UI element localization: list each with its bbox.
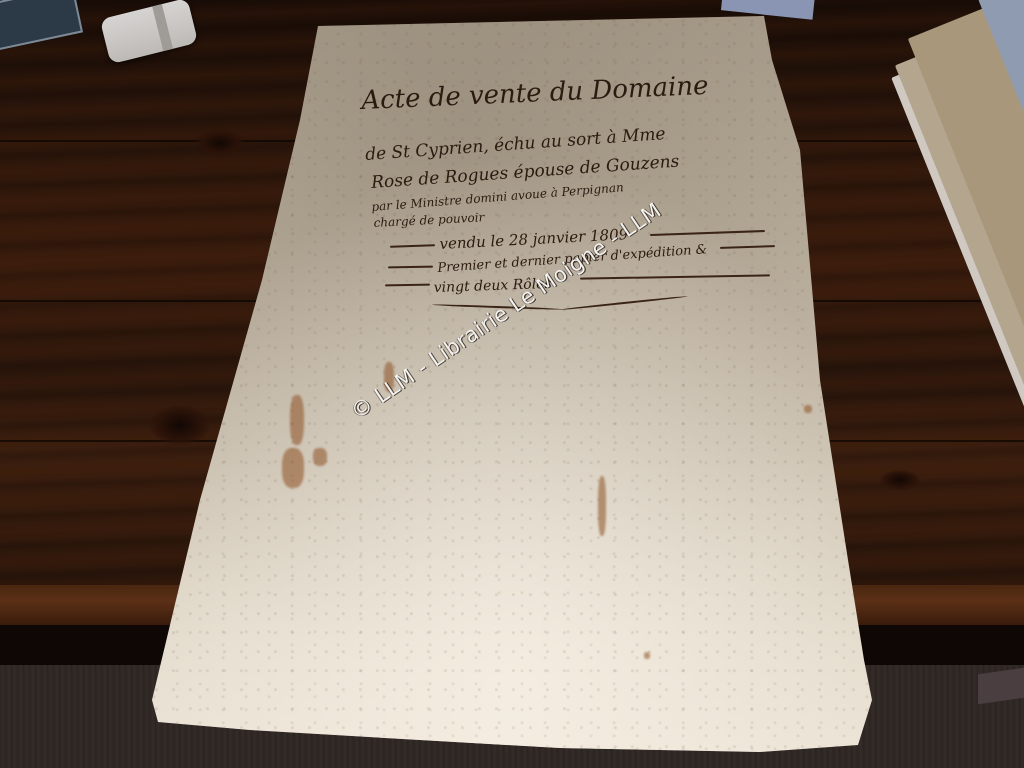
photo-scene: Acte de vente du Domaine de St Cyprien, … bbox=[0, 0, 1024, 768]
paper-texture bbox=[0, 0, 1024, 768]
manuscript-document: Acte de vente du Domaine de St Cyprien, … bbox=[0, 0, 1024, 768]
foxing-stain bbox=[804, 405, 812, 413]
foxing-stain bbox=[644, 652, 650, 659]
foxing-stain bbox=[290, 395, 304, 445]
foxing-stain bbox=[598, 476, 606, 536]
foxing-stain bbox=[282, 448, 304, 488]
foxing-stain bbox=[313, 448, 327, 466]
